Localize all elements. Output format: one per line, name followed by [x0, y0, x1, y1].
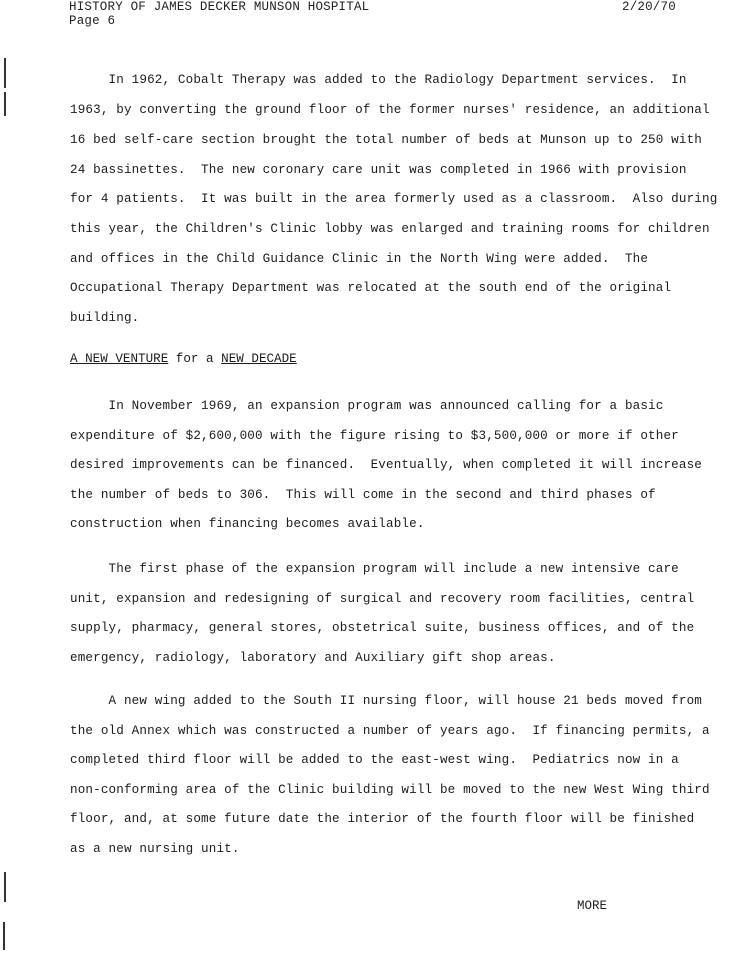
text-line: construction when financing becomes avai… — [70, 516, 425, 532]
text-line: The first phase of the expansion program… — [70, 561, 679, 577]
text-line: the old Annex which was constructed a nu… — [70, 723, 710, 739]
binder-mark — [4, 92, 6, 116]
text-line: expenditure of $2,600,000 with the figur… — [70, 428, 679, 444]
document-page: HISTORY OF JAMES DECKER MUNSON HOSPITAL … — [0, 0, 750, 964]
heading-part-new-decade: NEW DECADE — [221, 352, 297, 366]
text-line: for 4 patients. It was built in the area… — [70, 191, 717, 207]
section-heading: A NEW VENTURE for a NEW DECADE — [70, 352, 297, 366]
binder-mark — [3, 922, 5, 950]
text-line: Occupational Therapy Department was relo… — [70, 280, 671, 296]
text-line: In November 1969, an expansion program w… — [70, 398, 663, 414]
text-line: emergency, radiology, laboratory and Aux… — [70, 650, 556, 666]
binder-mark — [4, 872, 6, 902]
text-line: non-conforming area of the Clinic buildi… — [70, 782, 710, 798]
continuation-marker: MORE — [577, 899, 607, 913]
text-line: In 1962, Cobalt Therapy was added to the… — [70, 72, 687, 88]
heading-part-new-venture: A NEW VENTURE — [70, 352, 168, 366]
binder-mark — [4, 58, 6, 88]
text-line: supply, pharmacy, general stores, obstet… — [70, 620, 694, 636]
text-line: floor, and, at some future date the inte… — [70, 811, 694, 827]
text-line: and offices in the Child Guidance Clinic… — [70, 251, 648, 267]
text-line: building. — [70, 310, 139, 326]
text-line: 24 bassinettes. The new coronary care un… — [70, 162, 687, 178]
text-line: 1963, by converting the ground floor of … — [70, 102, 710, 118]
heading-connector: for a — [168, 352, 221, 366]
page-number: Page 6 — [69, 14, 115, 28]
document-title: HISTORY OF JAMES DECKER MUNSON HOSPITAL — [69, 0, 369, 14]
document-date: 2/20/70 — [622, 0, 676, 14]
text-line: this year, the Children's Clinic lobby w… — [70, 221, 710, 237]
text-line: completed third floor will be added to t… — [70, 752, 679, 768]
text-line: A new wing added to the South II nursing… — [70, 693, 702, 709]
text-line: desired improvements can be financed. Ev… — [70, 457, 702, 473]
text-line: unit, expansion and redesigning of surgi… — [70, 591, 694, 607]
text-line: as a new nursing unit. — [70, 841, 240, 857]
text-line: the number of beds to 306. This will com… — [70, 487, 656, 503]
text-line: 16 bed self-care section brought the tot… — [70, 132, 702, 148]
